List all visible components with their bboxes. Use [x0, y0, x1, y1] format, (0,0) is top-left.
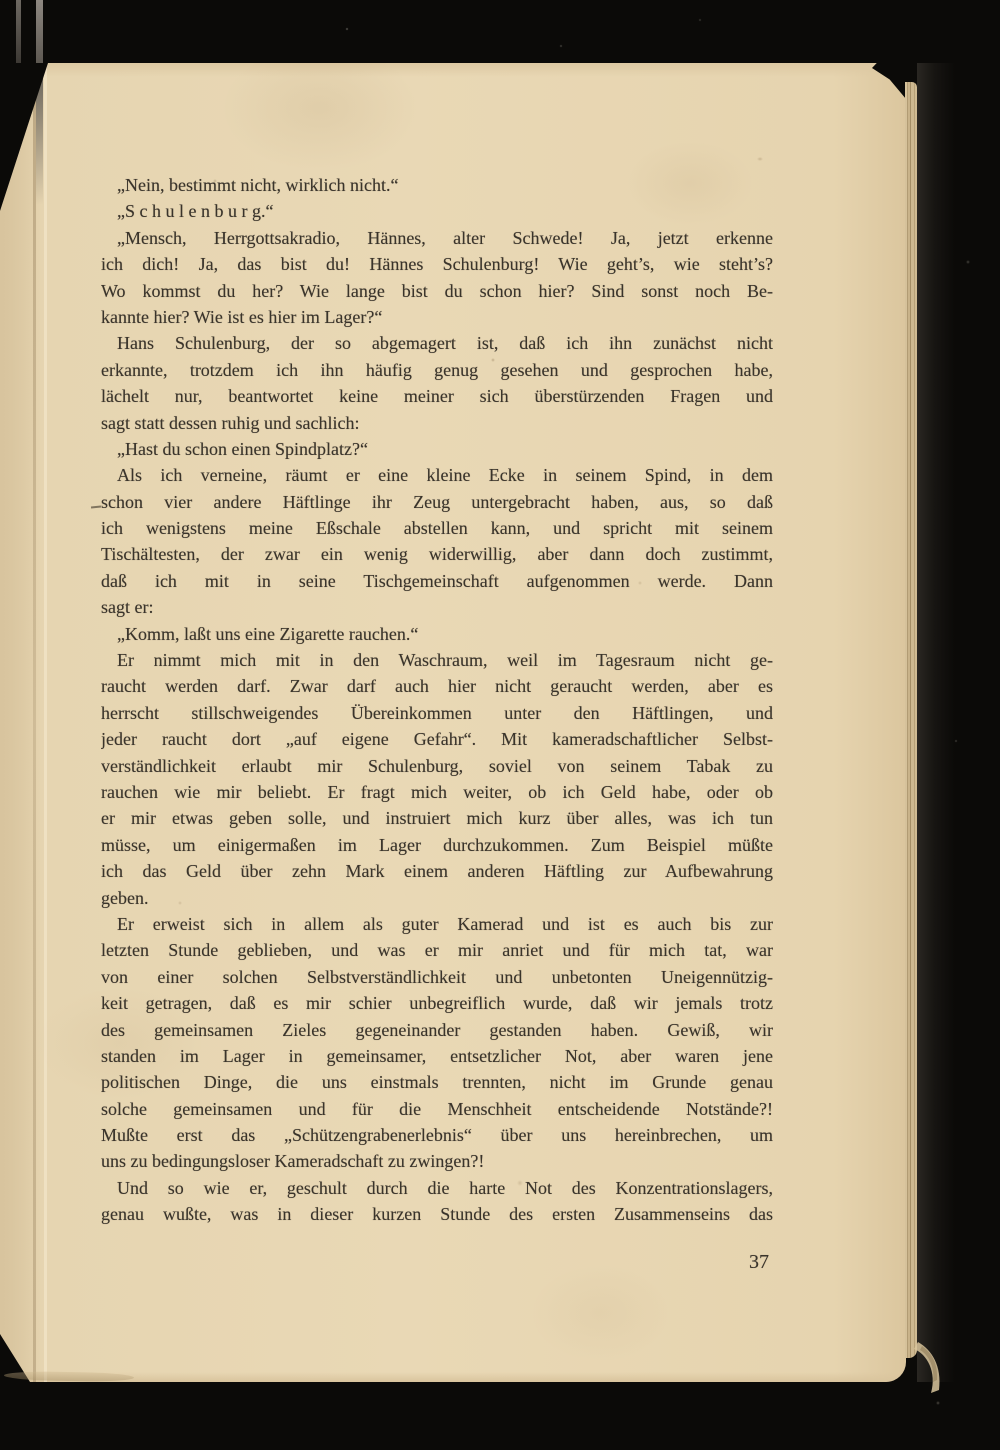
- text-line: schon vier andere Häftlinge ihr Zeug unt…: [101, 489, 773, 515]
- text-line: ich wenigstens meine Eßschale abstellen …: [101, 515, 773, 541]
- text-line: jeder raucht dort „auf eigene Gefahr“. M…: [101, 726, 773, 752]
- text-line: Er nimmt mich mit in den Waschraum, weil…: [101, 647, 773, 673]
- text-line: lächelt nur, beantwortet keine meiner si…: [101, 383, 773, 409]
- text-line: standen im Lager in gemeinsamer, entsetz…: [101, 1043, 773, 1069]
- text-line: uns zu bedingungsloser Kameradschaft zu …: [101, 1148, 773, 1174]
- page-number: 37: [749, 1251, 769, 1274]
- text-line: Hans Schulenburg, der so abgemagert ist,…: [101, 330, 773, 356]
- text-line: „Hast du schon einen Spindplatz?“: [101, 436, 773, 462]
- text-line: er mir etwas geben solle, und instruiert…: [101, 805, 773, 831]
- text-line: „Komm, laßt uns eine Zigarette rauchen.“: [101, 621, 773, 647]
- cover-edge-highlight-far-left: [16, 0, 21, 64]
- text-line: raucht werden darf. Zwar darf auch hier …: [101, 673, 773, 699]
- text-line: letzten Stunde geblieben, und was er mir…: [101, 937, 773, 963]
- text-line: keit getragen, daß es mir schier unbegre…: [101, 990, 773, 1016]
- text-line: des gemeinsamen Zieles gegeneinander ges…: [101, 1017, 773, 1043]
- text-line: kannte hier? Wie ist es hier im Lager?“: [101, 304, 773, 330]
- text-line: ich das Geld über zehn Mark einem andere…: [101, 858, 773, 884]
- text-line: Er erweist sich in allem als guter Kamer…: [101, 911, 773, 937]
- text-line: daß ich mit in seine Tischgemeinschaft a…: [101, 568, 773, 594]
- text-line: geben.: [101, 885, 773, 911]
- text-line: erkannte, trotzdem ich ihn häufig genug …: [101, 357, 773, 383]
- gutter-crease-dark: [33, 63, 36, 1382]
- stacked-page-edges-right: [905, 82, 917, 1358]
- text-line: Wo kommst du her? Wie lange bist du scho…: [101, 278, 773, 304]
- text-line: „Nein, bestimmt nicht, wirklich nicht.“: [101, 172, 773, 198]
- text-line: verständlichkeit erlaubt mir Schulenburg…: [101, 753, 773, 779]
- gutter-crease-highlight: [44, 63, 47, 1382]
- text-line: „S c h u l e n b u r g.“: [101, 198, 773, 224]
- text-line: sagt statt dessen ruhig und sachlich:: [101, 410, 773, 436]
- text-line: Tischältesten, der zwar ein wenig widerw…: [101, 541, 773, 567]
- text-line: müsse, um einigermaßen im Lager durchzuk…: [101, 832, 773, 858]
- text-line: Mußte erst das „Schützengrabenerlebnis“ …: [101, 1122, 773, 1148]
- text-line: von einer solchen Selbstverständlichkeit…: [101, 964, 773, 990]
- text-line: politischen Dinge, die uns einstmals tre…: [101, 1069, 773, 1095]
- text-line: sagt er:: [101, 594, 773, 620]
- text-line: Und so wie er, geschult durch die harte …: [101, 1175, 773, 1201]
- text-line: solche gemeinsamen und für die Menschhei…: [101, 1096, 773, 1122]
- text-line: Als ich verneine, räumt er eine kleine E…: [101, 462, 773, 488]
- scanned-book-photo: „Nein, bestimmt nicht, wirklich nicht.“„…: [0, 0, 1000, 1450]
- page-corner-curl: [912, 1340, 950, 1396]
- page-text: „Nein, bestimmt nicht, wirklich nicht.“„…: [101, 172, 773, 1228]
- text-line: ich dich! Ja, das bist du! Hännes Schule…: [101, 251, 773, 277]
- binding-shadow-right: [917, 63, 955, 1382]
- cover-edge-highlight-top-left: [36, 0, 43, 205]
- text-line: „Mensch, Herrgottsakradio, Hännes, alter…: [101, 225, 773, 251]
- text-line: herrscht stillschweigendes Übereinkommen…: [101, 700, 773, 726]
- text-line: genau wußte, was in dieser kurzen Stunde…: [101, 1201, 773, 1227]
- text-line: rauchen wie mir beliebt. Er fragt mich w…: [101, 779, 773, 805]
